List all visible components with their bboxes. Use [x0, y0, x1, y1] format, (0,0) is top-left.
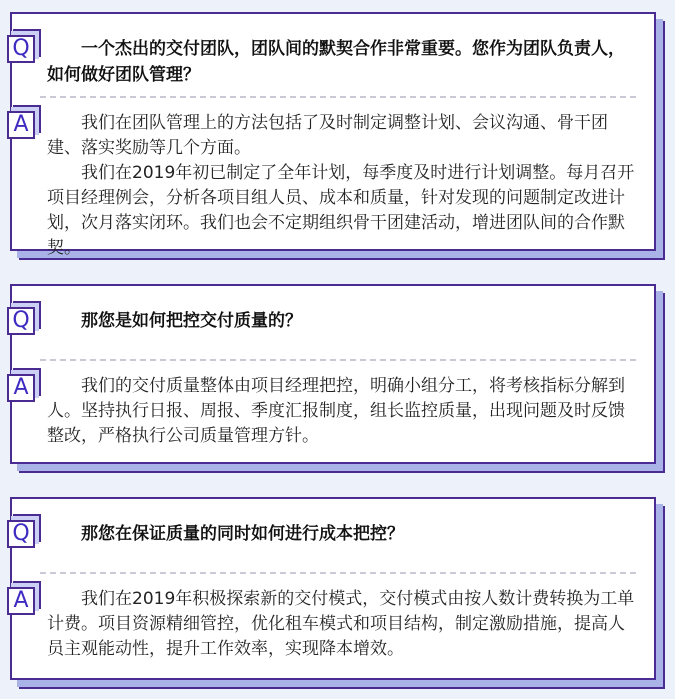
- a-badge: A: [7, 111, 35, 139]
- a-letter: A: [13, 377, 28, 399]
- qa-card-1: Q 一个杰出的交付团队，团队间的默契合作非常重要。您作为团队负责人，如何做好团队…: [10, 12, 656, 251]
- a-letter: A: [13, 114, 28, 136]
- answer-text: 我们在2019年积极探索新的交付模式，交付模式由按人数计费转换为工单计费。项目资…: [47, 587, 654, 662]
- dashed-separator: [40, 96, 636, 98]
- question-text: 一个杰出的交付团队，团队间的默契合作非常重要。您作为团队负责人，如何做好团队管理…: [47, 36, 654, 88]
- question-row: Q 那您在保证质量的同时如何进行成本把控？: [12, 520, 654, 564]
- dashed-separator: [40, 572, 636, 574]
- q-letter: Q: [12, 310, 29, 332]
- answer-paragraph: 我们在2019年积极探索新的交付模式，交付模式由按人数计费转换为工单计费。项目资…: [47, 587, 638, 662]
- answer-row: A 我们在2019年积极探索新的交付模式，交付模式由按人数计费转换为工单计费。项…: [12, 587, 654, 662]
- a-letter: A: [13, 590, 28, 612]
- answer-paragraph: 我们在团队管理上的方法包括了及时制定调整计划、会议沟通、骨干团建、落实奖励等几个…: [47, 111, 638, 161]
- answer-text: 我们的交付质量整体由项目经理把控，明确小组分工，将考核指标分解到人。坚持执行日报…: [47, 374, 654, 449]
- question-text: 那您在保证质量的同时如何进行成本把控？: [47, 521, 426, 547]
- q-letter: Q: [12, 38, 29, 60]
- question-text: 那您是如何把控交付质量的？: [47, 308, 324, 334]
- question-row: Q 那您是如何把控交付质量的？: [12, 307, 654, 351]
- a-badge: A: [7, 374, 35, 402]
- q-badge: Q: [7, 307, 35, 335]
- q-badge: Q: [7, 35, 35, 63]
- answer-text: 我们在团队管理上的方法包括了及时制定调整计划、会议沟通、骨干团建、落实奖励等几个…: [47, 111, 654, 261]
- answer-paragraph: 我们的交付质量整体由项目经理把控，明确小组分工，将考核指标分解到人。坚持执行日报…: [47, 374, 638, 449]
- q-letter: Q: [12, 523, 29, 545]
- dashed-separator: [40, 359, 636, 361]
- answer-paragraph: 我们在2019年初已制定了全年计划，每季度及时进行计划调整。每月召开项目经理例会…: [47, 161, 638, 261]
- q-badge: Q: [7, 520, 35, 548]
- answer-row: A 我们的交付质量整体由项目经理把控，明确小组分工，将考核指标分解到人。坚持执行…: [12, 374, 654, 449]
- qa-card-3: Q 那您在保证质量的同时如何进行成本把控？ A 我们在2019年积极探索新的交付…: [10, 497, 656, 680]
- question-row: Q 一个杰出的交付团队，团队间的默契合作非常重要。您作为团队负责人，如何做好团队…: [12, 35, 654, 88]
- answer-row: A 我们在团队管理上的方法包括了及时制定调整计划、会议沟通、骨干团建、落实奖励等…: [12, 111, 654, 261]
- a-badge: A: [7, 587, 35, 615]
- qa-card-2: Q 那您是如何把控交付质量的？ A 我们的交付质量整体由项目经理把控，明确小组分…: [10, 284, 656, 464]
